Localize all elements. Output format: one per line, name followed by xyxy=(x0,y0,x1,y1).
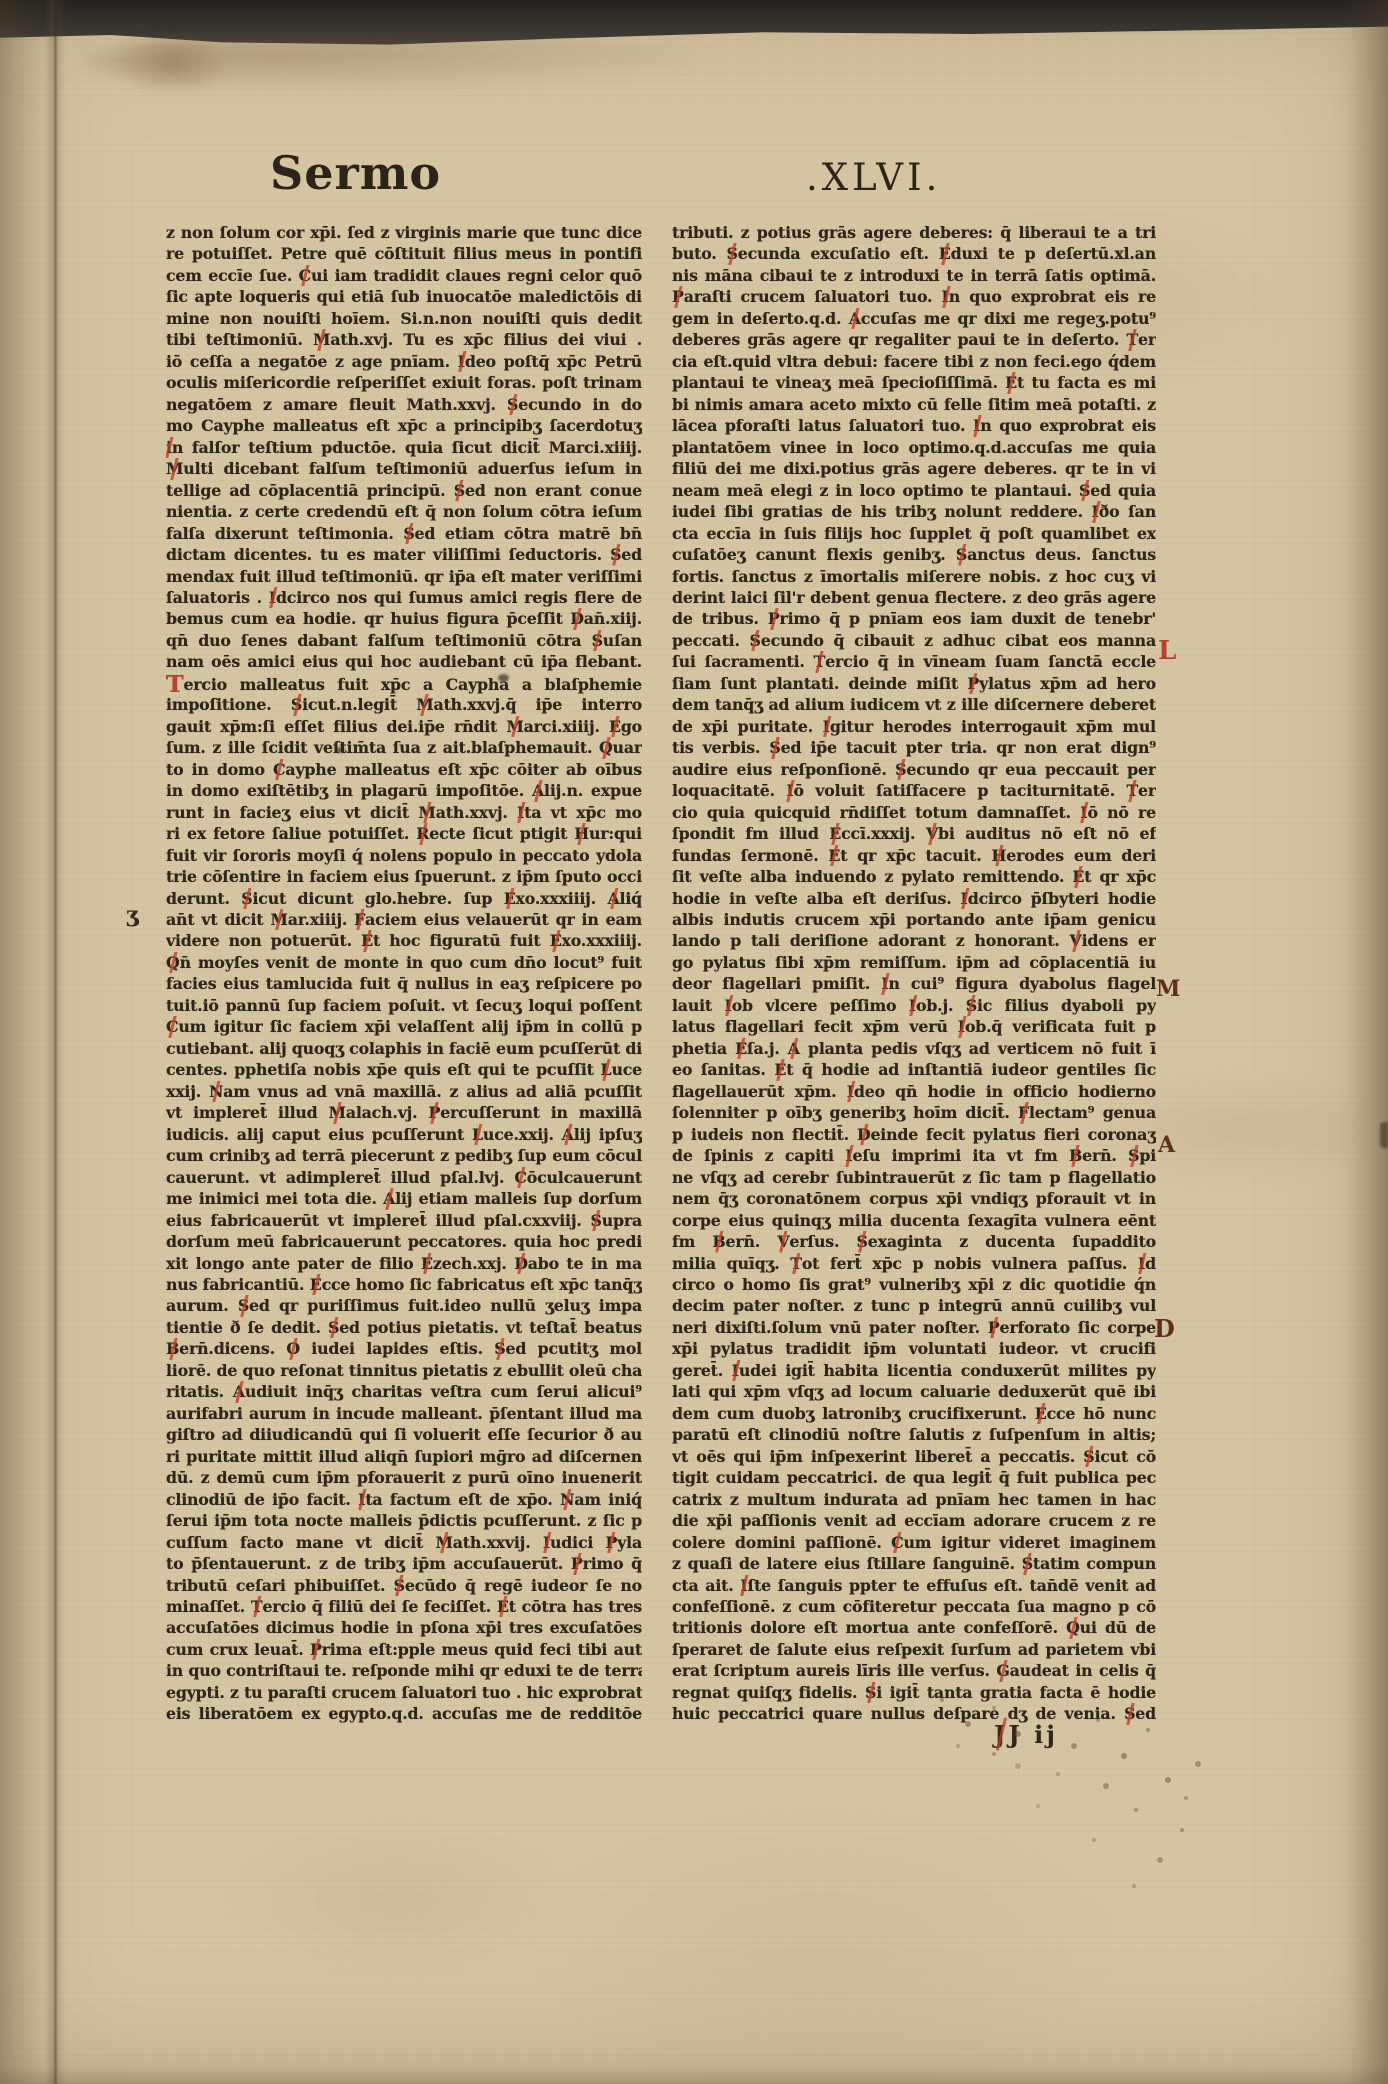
text-line: decim pater noſter. z tunc p integrū ann… xyxy=(672,1295,1156,1316)
page-edge-shade xyxy=(1346,0,1388,2084)
text-line: circo o homo ſis grat⁹ vulneribʒ xp̄i z … xyxy=(672,1274,1156,1295)
text-line: gem in deſerto.q.d. Accuſas me qr dixi m… xyxy=(672,308,1156,329)
text-line: cia eſt.quid vltra debui: facere tibi z … xyxy=(672,351,1156,372)
text-line: ritatis. Audiuit inq̄ʒ charitas veſtra c… xyxy=(166,1381,642,1402)
text-line: fm Bern̄. Verſus. Sexaginta z ducenta ſu… xyxy=(672,1231,1156,1252)
text-line: dorſum meū fabricauerunt peccatores. qui… xyxy=(166,1231,642,1252)
text-line: runt in facieʒ eius vt dicit̄ Math.xxvj.… xyxy=(166,802,642,823)
text-line: audire eius reſponſionē. Secundo qr eua … xyxy=(672,759,1156,780)
text-line: to in domo Cayphe malleatus eſt xp̄c cōi… xyxy=(166,759,642,780)
text-line: nis māna cibaui te z introduxi te in ter… xyxy=(672,265,1156,286)
text-line: vt impleret̄ illud Malach.vj. Percuſſeru… xyxy=(166,1102,642,1123)
text-line: ſaluatoris . Idcirco nos qui ſumus amici… xyxy=(166,587,642,608)
text-line: regnat quiſqʒ fidelis. Si igit̄ tanta gr… xyxy=(672,1682,1156,1703)
text-line: plantaui te vineaʒ meā ſpecioſiſſimā. Et… xyxy=(672,372,1156,393)
text-line: lācea pforaſti latus ſaluatori tuo. In q… xyxy=(672,415,1156,436)
text-line: dū. z demū cum ip̄m pforauerit z purū oī… xyxy=(166,1467,642,1488)
text-line: nem q̄ʒ coronatōnem corpus xp̄i vndiqʒ p… xyxy=(672,1188,1156,1209)
text-line: filiū dei me dixi.potius grās agere debe… xyxy=(672,458,1156,479)
margin-note: A xyxy=(1158,1132,1175,1158)
text-line: ſiam ſunt plantati. deinde miſit Pylatus… xyxy=(672,673,1156,694)
text-line: to p̄ſentauerunt. z de tribʒ ip̄m accuſa… xyxy=(166,1553,642,1574)
text-line: in quo contriſtaui te. reſponde mihi qr … xyxy=(166,1660,642,1681)
text-line: hodie in veſte alba eſt deriſus. Idcirco… xyxy=(672,888,1156,909)
text-line: clinodiū de ip̄o facit. Ita factum eſt d… xyxy=(166,1489,642,1510)
text-line: bemus cum ea hodie. qr huius figura p̄ce… xyxy=(166,608,642,629)
text-line: in falſor teſtium pductōe. quia ſicut di… xyxy=(166,437,642,458)
text-line: re potuiſſet. Petre quē cōſtituit filius… xyxy=(166,243,642,264)
text-line: neri dixiſti.ſolum vnū pater noſter. Per… xyxy=(672,1317,1156,1338)
ink-smudge xyxy=(930,960,937,965)
text-line: trie cōſentire in faciem eius ſpuerunt. … xyxy=(166,866,642,887)
text-line: ne vſqʒ ad cerebr ſubintrauerūt z ſic ta… xyxy=(672,1167,1156,1188)
text-line: derint laici ſil'r debent genua flectere… xyxy=(672,587,1156,608)
text-line: iō ceſſa a negatōe z age pnīam. Ideo poſ… xyxy=(166,351,642,372)
text-line: albis indutis crucem xp̄i portando ante … xyxy=(672,909,1156,930)
text-line: xit longo ante pater de filio Ezech.xxj.… xyxy=(166,1253,642,1274)
text-line: z non ſolum cor xp̄i. ſed z virginis mar… xyxy=(166,222,642,243)
text-line: milia quīqʒ. Tot fert̄ xp̄c p nobis vuln… xyxy=(672,1253,1156,1274)
margin-note: D xyxy=(1154,1314,1175,1343)
gutter-crease xyxy=(44,0,66,2084)
ink-smudge xyxy=(336,747,345,753)
text-line: geret̄. Iudei igit̄ habita licentia cond… xyxy=(672,1360,1156,1381)
text-line: gauit xp̄m:ſi eſſet filius dei.ip̄e rn̄d… xyxy=(166,716,642,737)
text-line: ſit veſte alba induendo z pylato remitte… xyxy=(672,866,1156,887)
text-line: eius fabricauerūt vt impleret̄ illud pſa… xyxy=(166,1210,642,1231)
text-line: eis liberatōem ex egypto.q.d. accuſas me… xyxy=(166,1703,642,1724)
text-line: tritionis dolore eſt mortua ante confeſſ… xyxy=(672,1617,1156,1638)
text-line: videre non potuerūt. Et hoc figuratū fui… xyxy=(166,930,642,951)
running-title-number: .XLVI. xyxy=(806,156,941,199)
text-line: ſic apte loqueris qui etiā ſub inuocatōe… xyxy=(166,286,642,307)
text-line: fundas ſermonē. Et qr xp̄c tacuit. Herod… xyxy=(672,845,1156,866)
text-line: an̄t vt dicit Mar.xiiij. Faciem eius vel… xyxy=(166,909,642,930)
text-line: dictam dicentes. tu es mater viliſſimi ſ… xyxy=(166,544,642,565)
text-line: buto. Secunda excuſatio eſt. Eduxi te p … xyxy=(672,243,1156,264)
text-line: lauit Iob vlcere peſſimo Iob.j. Sic fili… xyxy=(672,995,1156,1016)
text-line: tributū ceſari phibuiſſet. Secūdo q̄ reg… xyxy=(166,1575,642,1596)
ink-smudge xyxy=(498,674,509,682)
book-page-scan: Sermo .XLVI. z non ſolum cor xp̄i. ſed z… xyxy=(0,0,1388,2084)
text-line: Tercio malleatus fuit xp̄c a Caypha a bl… xyxy=(166,673,642,694)
text-line: facies eius tamlucida fuit q̄ nullus in … xyxy=(166,973,642,994)
text-line: phetia Eſa.j. A planta pedis vſqʒ ad ver… xyxy=(672,1038,1156,1059)
text-line: tributi. z potius grās agere deberes: q̄… xyxy=(672,222,1156,243)
text-line: mendax fuit illud teſtimoniū. qr ip̄a eſ… xyxy=(166,566,642,587)
text-line: cuſſum facto mane vt dicit̄ Math.xxvij. … xyxy=(166,1532,642,1553)
text-line: ſui ſacramenti. Tercio q̄ in vīneam ſuam… xyxy=(672,651,1156,672)
text-line: xxij. Nam vnus ad vnā maxillā. z alius a… xyxy=(166,1081,642,1102)
text-line: iudei ſibi gratias de his tribʒ nolunt r… xyxy=(672,501,1156,522)
text-line: impoſitione. Sicut.n.legit̄ Math.xxvj.q̄… xyxy=(166,694,642,715)
text-line: derunt. Sicut dicunt glo.hebre. ſup Exo.… xyxy=(166,888,642,909)
text-line: falſa dixerunt teſtimonia. Sed etiam cōt… xyxy=(166,523,642,544)
text-line: cio quia quicquid rn̄diſſet totum damnaſ… xyxy=(672,802,1156,823)
text-line: liorē. de quo reſonat tinnitus pietatis … xyxy=(166,1360,642,1381)
text-line: iudicis. alij caput eius pcuſſerunt Luce… xyxy=(166,1124,642,1145)
text-line: tigit cuidam peccatrici. de qua legit̄ q… xyxy=(672,1467,1156,1488)
text-line: nientia. z certe credendū eſt q̄ non ſol… xyxy=(166,501,642,522)
text-line: plantatōem vinee in loco optimo.q.d.accu… xyxy=(672,437,1156,458)
text-line: accuſatōes dicimus hodie in pſona xp̄i t… xyxy=(166,1617,642,1638)
text-line: nus fabricantiū. Ecce homo ſic fabricatu… xyxy=(166,1274,642,1295)
text-line: ſperaret de ſalute eius reſpexit ſurſum … xyxy=(672,1639,1156,1660)
text-line: centes. pphetiſa nobis xp̄e quis eſt qui… xyxy=(166,1059,642,1080)
text-line: mine non nouiſti hoīem. Si.n.non nouiſti… xyxy=(166,308,642,329)
text-line: ſpondit fm illud Eccī.xxxij. Vbi auditus… xyxy=(672,823,1156,844)
text-line: dem tanq̄ʒ ad alium iudicem vt z ille di… xyxy=(672,694,1156,715)
bottom-edge-shade xyxy=(0,2066,1388,2084)
text-line: Paraſti crucem ſaluatori tuo. In quo exp… xyxy=(672,286,1156,307)
text-line: latus flagellari fecit xp̄m verū Iob.q̄ … xyxy=(672,1016,1156,1037)
text-line: corpe eius quinqʒ milia ducenta ſexagīta… xyxy=(672,1210,1156,1231)
text-line: me inimici mei tota die. Alij etiam mall… xyxy=(166,1188,642,1209)
text-line: ſum. z ille ſcidit veſtim̄ta ſua z ait.b… xyxy=(166,737,642,758)
text-line: flagellauerūt xp̄m. Ideo qn̄ hodie in of… xyxy=(672,1081,1156,1102)
text-line: cum crinibʒ ad terrā piecerunt z pedibʒ … xyxy=(166,1145,642,1166)
text-line: ri ex fetore ſaliue potuiſſet. Recte ſic… xyxy=(166,823,642,844)
text-line: cta ait. Iſte ſanguis ppter te effuſus e… xyxy=(672,1575,1156,1596)
text-line: lando p tali deriſione adorant z honoran… xyxy=(672,930,1156,951)
text-line: tis verbis. Sed ip̄e tacuit pter tria. q… xyxy=(672,737,1156,758)
text-line: minaſſet. Tercio q̄ filiū dei ſe feciſſe… xyxy=(166,1596,642,1617)
text-line: deor flagellari pmiſit. In cui⁹ figura d… xyxy=(672,973,1156,994)
text-line: mo Cayphe malleatus eſt xp̄c a principib… xyxy=(166,415,642,436)
text-line: vt oēs qui ip̄m inſpexerint liberet̄ a p… xyxy=(672,1446,1156,1467)
text-line: nam oēs amici eius qui hoc audiebant cū … xyxy=(166,651,642,672)
text-line: qn̄ duo ſenes dabant falſum teſtimoniū c… xyxy=(166,630,642,651)
text-line: tientie ð ſe dedit. Sed potius pietatis.… xyxy=(166,1317,642,1338)
quire-signature-mark: JJ ij xyxy=(994,1720,1058,1749)
text-line: aurum. Sed qr puriſſimus fuit.ideo nullū… xyxy=(166,1295,642,1316)
text-line: loquacitatē. Iō voluit ſatiſfacere p tac… xyxy=(672,780,1156,801)
text-line: cauerunt. vt adimpleret̄ illud pſal.lvj.… xyxy=(166,1167,642,1188)
text-line: lati qui xp̄m vſqʒ ad locum caluarie ded… xyxy=(672,1381,1156,1402)
running-title-sermo: Sermo xyxy=(270,146,441,200)
text-line: Bern̄.dicens. O iudei lapides eſtis. Sed… xyxy=(166,1338,642,1359)
text-line: de xp̄i puritate. Igitur herodes interro… xyxy=(672,716,1156,737)
margin-note: L xyxy=(1158,636,1176,666)
text-line: colere domini paſſionē. Cum igitur vider… xyxy=(672,1532,1156,1553)
text-column-left: z non ſolum cor xp̄i. ſed z virginis mar… xyxy=(166,222,642,1725)
text-line: aurifabri aurum in incude malleant. p̄ſe… xyxy=(166,1403,642,1424)
margin-note: M xyxy=(1156,976,1180,1002)
text-line: cutiebant. alij quoqʒ colaphis in faciē … xyxy=(166,1038,642,1059)
text-line: p iudeis non flectit̄. Deinde fecit pyla… xyxy=(672,1124,1156,1145)
text-line: huic peccatrici quare nullus deſpare dʒ … xyxy=(672,1703,1156,1724)
text-line: z quaſi de latere eius ſtillare ſanguinē… xyxy=(672,1553,1156,1574)
text-line: cta eccīa in ſuis filijs hoc ſupplet q̄ … xyxy=(672,523,1156,544)
text-line: dem cum duobʒ latronibʒ crucifixerunt. E… xyxy=(672,1403,1156,1424)
text-line: catrix z multum indurata ad pnīam hec ta… xyxy=(672,1489,1156,1510)
text-line: tuit.iō pannū ſup faciem poſuit. vt ſecu… xyxy=(166,995,642,1016)
text-column-right: tributi. z potius grās agere deberes: q̄… xyxy=(672,222,1156,1725)
text-line: de tribus. Primo q̄ p pnīam eos iam duxi… xyxy=(672,608,1156,629)
text-line: ſolenniter p oībʒ generibʒ hoīm dicit̄. … xyxy=(672,1102,1156,1123)
edge-notch xyxy=(1380,1122,1388,1148)
text-line: deberes grās agere qr regaliter paui te … xyxy=(672,329,1156,350)
text-line: confeſſionē. z cum cōfiteretur peccata ſ… xyxy=(672,1596,1156,1617)
text-line: in domo exiſtētibʒ in plagarū impoſitōe.… xyxy=(166,780,642,801)
text-line: oculis miſericordie reſperiſſet exiuit f… xyxy=(166,372,642,393)
text-line: fuit vir ſororis moyſi q́ nolens populo … xyxy=(166,845,642,866)
text-line: paratū eſt clinodiū noſtre ſalutis z ſuſ… xyxy=(672,1424,1156,1445)
text-line: cuſatōeʒ canunt flexis genibʒ. Sanctus d… xyxy=(672,544,1156,565)
gutter-shade xyxy=(0,0,46,2084)
text-line: ſerui ip̄m tota nocte malleis p̄dictis p… xyxy=(166,1510,642,1531)
text-line: giſtro ad diiudicandū qui ſi voluerit eſ… xyxy=(166,1424,642,1445)
text-line: go pylatus ſibi xp̄m remiſſum. ip̄m ad c… xyxy=(672,952,1156,973)
text-line: neam meā elegi z in loco optimo te plant… xyxy=(672,480,1156,501)
text-line: peccati. Secundo q̄ cibauit z adhuc ciba… xyxy=(672,630,1156,651)
text-line: bi nimis amara aceto mixto cū felle ſiti… xyxy=(672,394,1156,415)
text-line: cem eccīe ſue. Cui iam tradidit claues r… xyxy=(166,265,642,286)
text-line: tellige ad cōplacentiā principū. Sed non… xyxy=(166,480,642,501)
text-line: tibi teſtimoniū. Math.xvj. Tu es xp̄c fi… xyxy=(166,329,642,350)
text-line: die xp̄i paſſionis venit ad eccīam adora… xyxy=(672,1510,1156,1531)
text-line: ri puritate mittit illud aliqn̄ ſupiori … xyxy=(166,1446,642,1467)
text-line: cum crux leuat̄. Prima eſt:pple meus qui… xyxy=(166,1639,642,1660)
text-line: eo ſanitas. Et q̄ hodie ad inſtantiā iud… xyxy=(672,1059,1156,1080)
text-line: negatōem z amare fleuit Math.xxvj. Secun… xyxy=(166,394,642,415)
corner-stain xyxy=(112,30,232,96)
margin-note: ʒ xyxy=(126,902,139,928)
text-line: de ſpinis z capiti Ieſu imprimi ita vt f… xyxy=(672,1145,1156,1166)
ink-speckles xyxy=(896,1688,900,1692)
text-line: Cum igitur ſic faciem xp̄i velaſſent ali… xyxy=(166,1016,642,1037)
text-line: Qn̄ moyſes venit de monte in quo cum dn̄… xyxy=(166,952,642,973)
text-line: erat ſcriptum aureis līris ille verſus. … xyxy=(672,1660,1156,1681)
text-line: egypti. z tu paraſti crucem ſaluatori tu… xyxy=(166,1682,642,1703)
text-line: xp̄i pylatus tradidit ip̄m voluntati iud… xyxy=(672,1338,1156,1359)
text-line: fortis. ſanctus z īmortalis miſerere nob… xyxy=(672,566,1156,587)
text-line: Multi dicebant falſum teſtimoniū aduerſu… xyxy=(166,458,642,479)
